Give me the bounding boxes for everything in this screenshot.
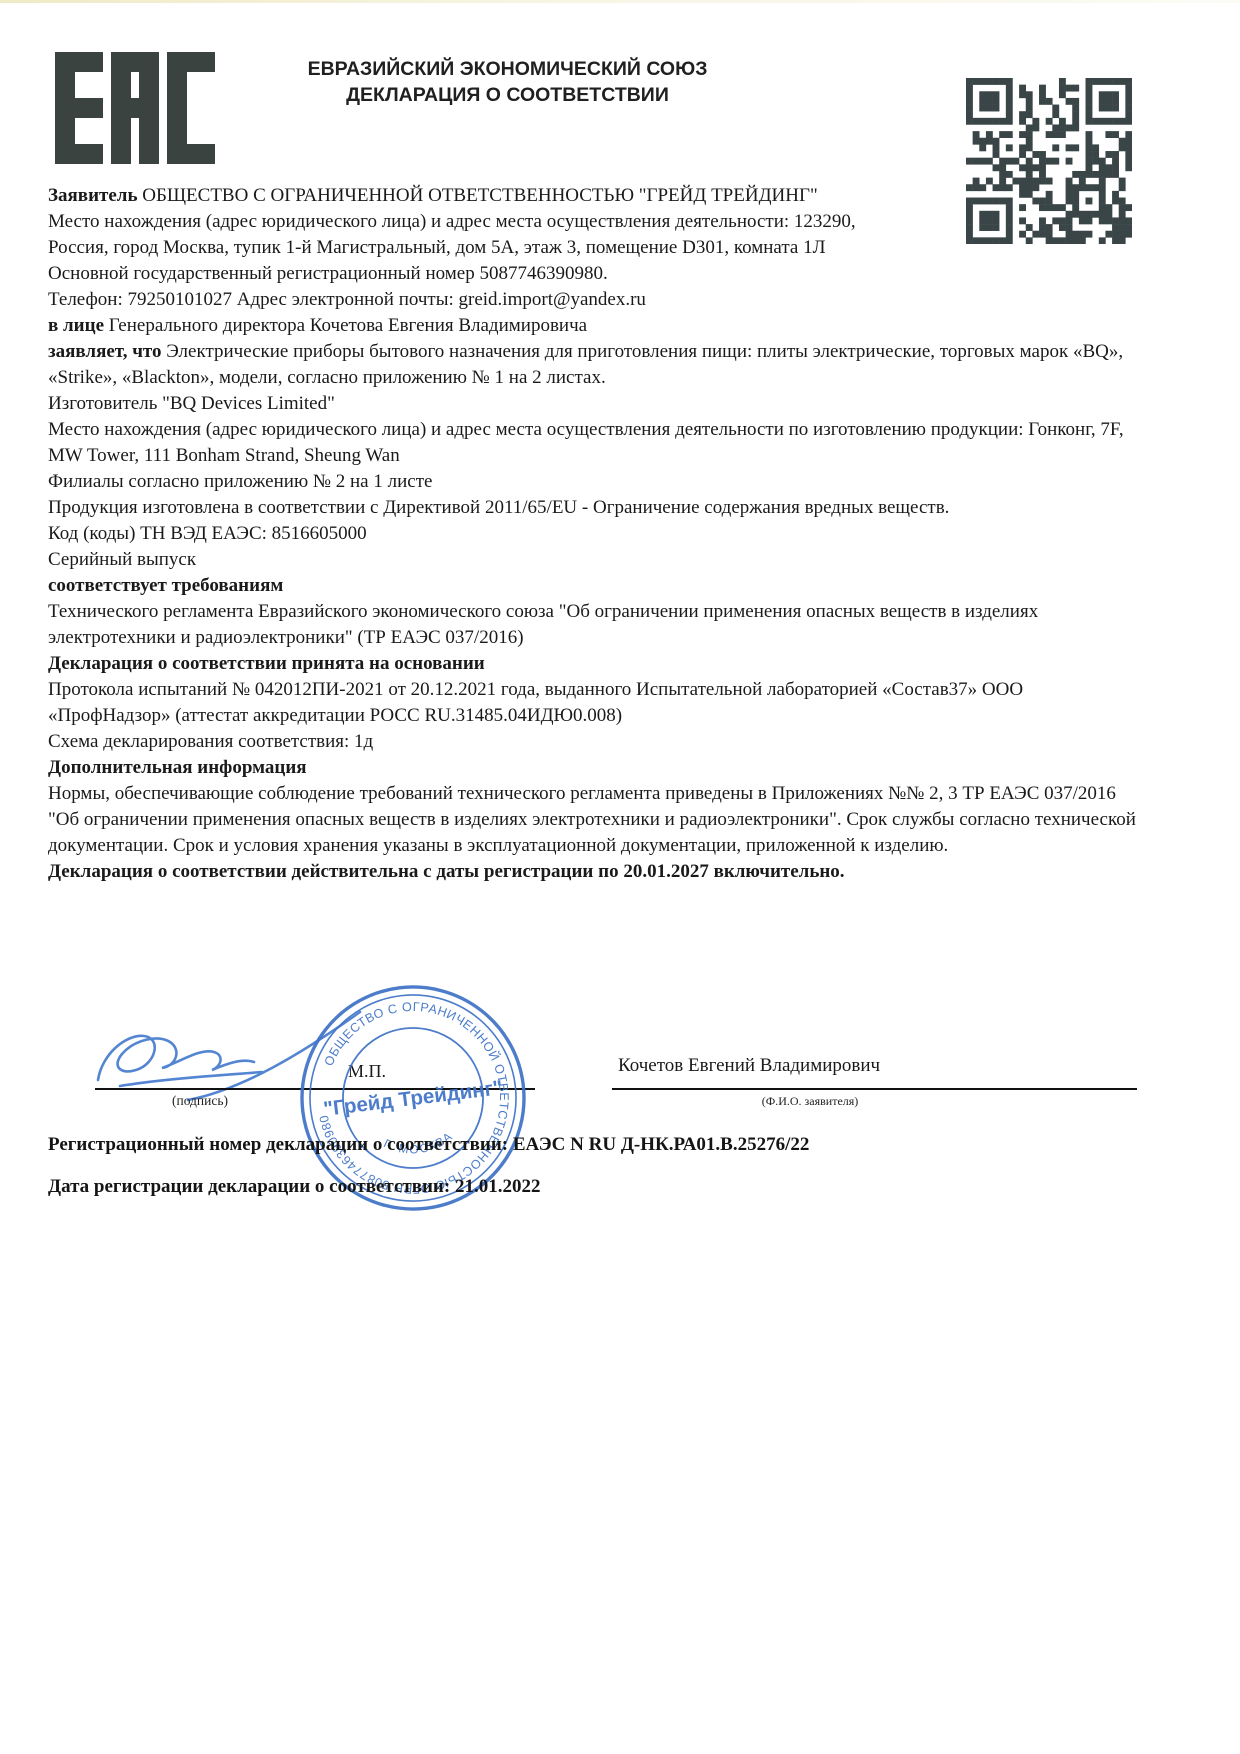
signature-caption: (подпись) bbox=[138, 1093, 262, 1109]
manufacturer-address: Место нахождения (адрес юридического лиц… bbox=[48, 417, 1140, 469]
registration-number-line: Регистрационный номер декларации о соотв… bbox=[48, 1134, 809, 1156]
serial-line: Серийный выпуск bbox=[48, 547, 1140, 573]
signer-name-caption: (Ф.И.О. заявителя) bbox=[660, 1094, 960, 1109]
tnved-code-line: Код (коды) ТН ВЭД ЕАЭС: 8516605000 bbox=[48, 521, 1140, 547]
registration-date-line: Дата регистрации декларации о соответств… bbox=[48, 1176, 540, 1198]
signer-name-line bbox=[612, 1088, 1137, 1090]
applicant-line: Заявитель ОБЩЕСТВО С ОГРАНИЧЕННОЙ ОТВЕТС… bbox=[48, 183, 906, 209]
represented-by-label: в лице bbox=[48, 315, 104, 336]
registration-date-label: Дата регистрации декларации о соответств… bbox=[48, 1176, 450, 1197]
declares-line: заявляет, что Электрические приборы быто… bbox=[48, 339, 1140, 391]
document-title: ЕВРАЗИЙСКИЙ ЭКОНОМИЧЕСКИЙ СОЮЗ ДЕКЛАРАЦИ… bbox=[235, 56, 780, 108]
validity-line: Декларация о соответствии действительна … bbox=[48, 859, 1140, 885]
document-body: Заявитель ОБЩЕСТВО С ОГРАНИЧЕННОЙ ОТВЕТС… bbox=[48, 183, 1140, 885]
applicant-address: Место нахождения (адрес юридического лиц… bbox=[48, 209, 906, 261]
stamp-center-text: "Грейд Трейдинг" bbox=[322, 1076, 504, 1121]
additional-info-text: Нормы, обеспечивающие соблюдение требова… bbox=[48, 781, 1140, 859]
represented-by-line: в лице Генерального директора Кочетова Е… bbox=[48, 313, 906, 339]
branches-line: Филиалы согласно приложению № 2 на 1 лис… bbox=[48, 469, 1140, 495]
additional-info-heading: Дополнительная информация bbox=[48, 755, 1140, 781]
manufacturer-line: Изготовитель "BQ Devices Limited" bbox=[48, 391, 1140, 417]
declares-label: заявляет, что bbox=[48, 341, 162, 362]
title-line-declaration: ДЕКЛАРАЦИЯ О СООТВЕТСТВИИ bbox=[235, 82, 780, 108]
applicant-ogrn: Основной государственный регистрационный… bbox=[48, 261, 906, 287]
applicant-name: ОБЩЕСТВО С ОГРАНИЧЕННОЙ ОТВЕТСТВЕННОСТЬЮ… bbox=[142, 185, 817, 206]
title-line-union: ЕВРАЗИЙСКИЙ ЭКОНОМИЧЕСКИЙ СОЮЗ bbox=[235, 56, 780, 82]
product-description: Электрические приборы бытового назначени… bbox=[48, 341, 1123, 388]
applicant-label: Заявитель bbox=[48, 185, 138, 206]
basis-text: Протокола испытаний № 042012ПИ-2021 от 2… bbox=[48, 677, 1140, 729]
basis-heading: Декларация о соответствии принята на осн… bbox=[48, 651, 1140, 677]
eac-logo-icon bbox=[55, 52, 215, 164]
scan-edge-artifact bbox=[0, 0, 1240, 3]
registration-number-value: ЕАЭС N RU Д-НК.РА01.В.25276/22 bbox=[513, 1134, 810, 1155]
registration-number-label: Регистрационный номер декларации о соотв… bbox=[48, 1134, 508, 1155]
declaration-document-page: ЕВРАЗИЙСКИЙ ЭКОНОМИЧЕСКИЙ СОЮЗ ДЕКЛАРАЦИ… bbox=[0, 0, 1240, 1754]
signer-name: Кочетов Евгений Владимирович bbox=[618, 1055, 880, 1077]
directive-line: Продукция изготовлена в соответствии с Д… bbox=[48, 495, 1140, 521]
scheme-line: Схема декларирования соответствия: 1д bbox=[48, 729, 1140, 755]
compliance-text: Технического регламента Евразийского эко… bbox=[48, 599, 1140, 651]
represented-by-name: Генерального директора Кочетова Евгения … bbox=[109, 315, 587, 336]
applicant-contacts: Телефон: 79250101027 Адрес электронной п… bbox=[48, 287, 906, 313]
compliance-heading: соответствует требованиям bbox=[48, 573, 1140, 599]
registration-date-value: 21.01.2022 bbox=[455, 1176, 541, 1197]
